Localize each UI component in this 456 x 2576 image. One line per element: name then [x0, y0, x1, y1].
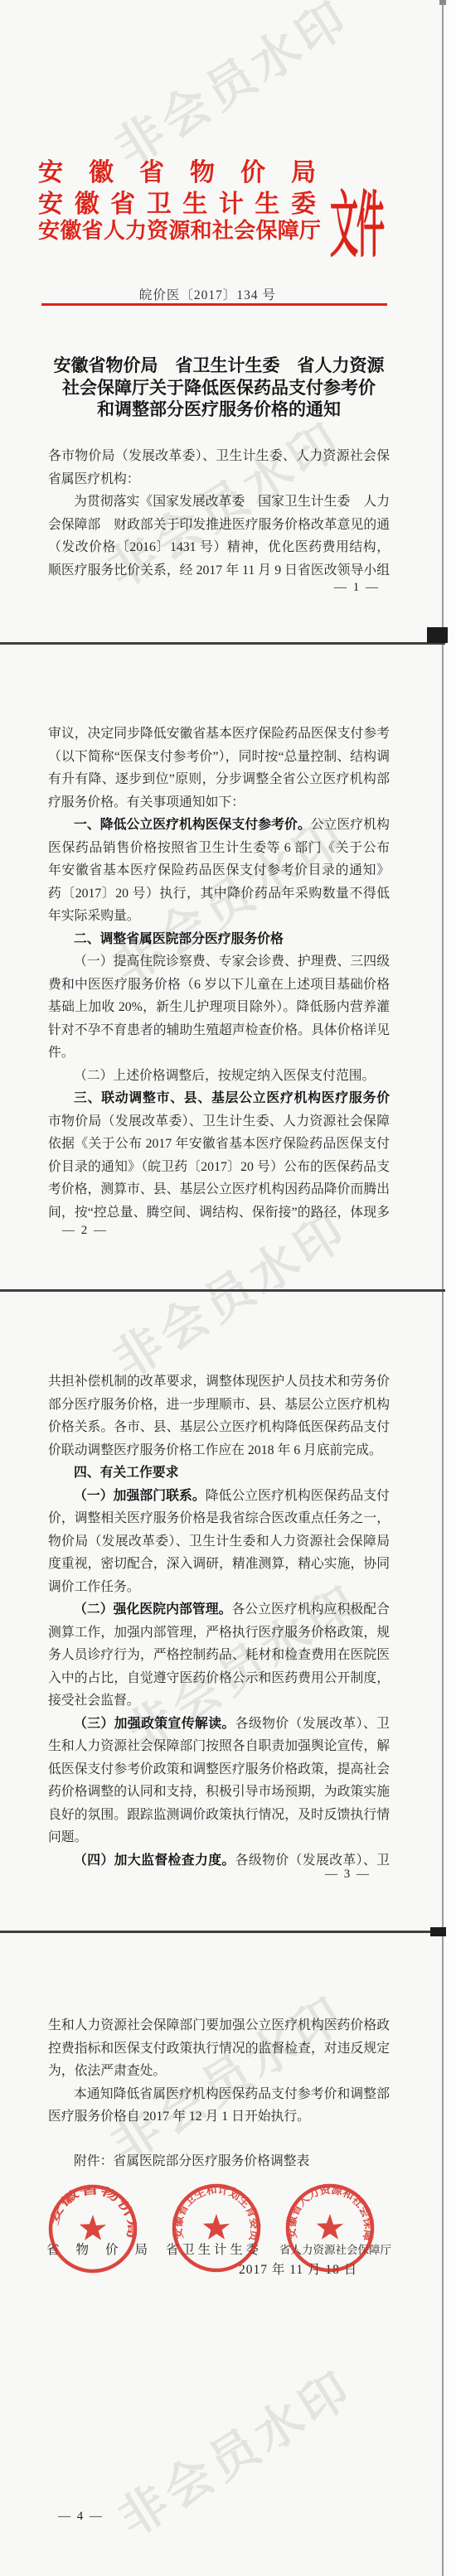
seal-graphic: 安徽省物价局	[46, 2182, 139, 2275]
body-line: 控费指标和医保支付政策执行情况的监督检查，对违反规定的行	[48, 2037, 390, 2061]
body-line: 针对不孕不育患者的辅助生殖超声检查价格。具体价格详见附	[48, 1019, 390, 1042]
body-line: 考价格，测算市、县、基层公立医疗机构因药品降价而腾出的空	[48, 1178, 390, 1201]
body-line: （三）加强政策宣传解读。各级物价（发展改革）、卫生计	[48, 1713, 390, 1736]
body-line: 疗服务价格。有关事项通知如下：	[48, 791, 390, 814]
body-line: 度重视，密切配合，深入调研，精准测算，精心实施，协同完成	[48, 1553, 390, 1576]
body-line: 调价工作任务。	[48, 1576, 390, 1599]
svg-text:安徽省卫生和计划生育委员会: 安徽省卫生和计划生育委员会	[170, 2182, 262, 2243]
body-line: 间，按“控总量、腾空间、调结构、保衔接”的路径，体现多方	[48, 1201, 390, 1225]
star-icon	[203, 2214, 230, 2240]
body-line: 价格关系。各市、县、基层公立医疗机构降低医保药品支付参考	[48, 1416, 390, 1439]
scanned-document: 非会员水印 非会员水印 非会员水印 非会员水印 非会员水印 非会员水印 非会员水…	[0, 0, 456, 2576]
body-line: 部分医疗服务价格，进一步理顺市、县、基层公立医疗机构梯度	[48, 1394, 390, 1417]
document-type-label: 文件	[330, 167, 383, 271]
scan-right-margin	[444, 0, 456, 2576]
page-number-2: — 2 —	[62, 1224, 108, 1238]
body-line: 费和中医医疗服务价格（6 岁以下儿童在上述项目基础价格调价	[48, 974, 390, 997]
star-icon	[317, 2214, 343, 2240]
body-line: 生和人力资源社会保障部门要加强公立医疗机构医药价格政策、	[48, 2014, 390, 2037]
body-line: 本通知降低省属医疗机构医保药品支付参考价和调整部分	[48, 2083, 390, 2106]
page-divider	[0, 1931, 445, 1933]
page-number-3: — 3 —	[325, 1868, 371, 1882]
body-line: 问题。	[48, 1826, 390, 1849]
body-line: 生和人力资源社会保障部门按照各自职责加强舆论宣传，解读降	[48, 1735, 390, 1758]
body-line: （二）上述价格调整后，按规定纳入医保支付范围。	[48, 1065, 390, 1088]
body-line: 共担补偿机制的改革要求，调整体现医护人员技术和劳务价值的	[48, 1370, 390, 1394]
page-right-edge	[442, 0, 444, 2576]
body-line: 年实际采购量。	[48, 905, 390, 928]
body-line: 市物价局（发展改革委）、卫生计生委、人力资源社会保障局应	[48, 1110, 390, 1133]
page-divider	[0, 642, 445, 645]
body-line: 依据《关于公布 2017 年安徽省基本医疗保险药品医保支付参考	[48, 1133, 390, 1156]
body-line: 务人员诊疗行为，严格控制药品、耗材和检查费用在医院医疗收	[48, 1644, 390, 1667]
body-line: （二）强化医院内部管理。各公立医疗机构应积极配合调价	[48, 1598, 390, 1621]
body-line: 入中的占比，自觉遵守医药价格公示和医药费用公开制度，主动	[48, 1667, 390, 1690]
body-line: 件。	[48, 1042, 390, 1065]
body-line: 年安徽省基本医疗保险药品医保支付参考价目录的通知》（皖卫	[48, 859, 390, 882]
official-seal-hr-social-security: 安徽省人力资源和社会保障厅	[284, 2182, 376, 2274]
attachment-note: 附件：省属医院部分医疗服务价格调整表	[74, 2150, 309, 2169]
body-line: （一）提高住院诊察费、专家会诊费、护理费、三四级手术	[48, 950, 390, 974]
seal-graphic: 安徽省卫生和计划生育委员会	[170, 2182, 263, 2274]
body-line: （以下简称“医保支付参考价”），同时按“总量控制、结构调整、	[48, 746, 390, 769]
page-2-body: 审议，决定同步降低安徽省基本医疗保险药品医保支付参考价（以下简称“医保支付参考价…	[48, 723, 390, 1224]
document-title: 安徽省物价局 省卫生计生委 省人力资源 社会保障厅关于降低医保药品支付参考价 和…	[48, 355, 390, 421]
body-line: 价，调整相关医疗服务价格是我省综合医改重点任务之一，各市	[48, 1507, 390, 1530]
official-seal-health-commission: 安徽省卫生和计划生育委员会	[170, 2182, 263, 2274]
body-line: 各市物价局（发展改革委）、卫生计生委、人力资源社会保障局，	[48, 445, 390, 468]
scan-artifact	[430, 1927, 446, 1936]
body-line: 为，依法严肃查处。	[48, 2060, 390, 2083]
body-line: 顺医疗服务比价关系，经 2017 年 11 月 9 日省医改领导小组会议	[48, 559, 390, 582]
official-seal-price-bureau: 安徽省物价局	[46, 2182, 139, 2275]
red-separator-rule	[41, 303, 387, 306]
document-number: 皖价医〔2017〕134 号	[48, 285, 367, 303]
header-agency-line-3: 安徽省人力资源和社会保障厅	[38, 214, 321, 244]
body-line: 有升有降、逐步到位”原则，分步调整全省公立医疗机构部分医	[48, 768, 390, 791]
seal-graphic: 安徽省人力资源和社会保障厅	[284, 2182, 376, 2274]
watermark-text: 非会员水印	[99, 2355, 374, 2554]
body-line: 接受社会监督。	[48, 1689, 390, 1713]
document-title-line: 安徽省物价局 省卫生计生委 省人力资源	[48, 355, 390, 377]
document-title-line: 社会保障厅关于降低医保药品支付参考价	[48, 377, 390, 399]
body-line: （发改价格〔2016〕1431 号）精神，优化医药费用结构，逐步理	[48, 536, 390, 559]
body-line: 价目录的通知》（皖卫药〔2017〕20 号）公布的医保药品支付参	[48, 1156, 390, 1179]
star-icon	[80, 2215, 106, 2240]
body-line: 物价局（发展改革委）、卫生计生委和人力资源社会保障局要高	[48, 1530, 390, 1554]
page-number-1: — 1 —	[334, 581, 380, 595]
body-line: 价联动调整医疗服务价格工作应在 2018 年 6 月底前完成。	[48, 1439, 390, 1462]
body-line: 会保障部 财政部关于印发推进医疗服务价格改革意见的通知》	[48, 514, 390, 537]
body-line: 药〔2017〕20 号）执行，其中降价药品年采购数量不得低于 2016	[48, 882, 390, 906]
page-3-body: 共担补偿机制的改革要求，调整体现医护人员技术和劳务价值的部分医疗服务价格，进一步…	[48, 1370, 390, 1872]
page-divider	[0, 1289, 445, 1292]
body-line: 三、联动调整市、县、基层公立医疗机构医疗服务价格。各	[48, 1087, 390, 1110]
body-line: 医保药品销售价格按照省卫生计生委等 6 部门《关于公布 2017	[48, 837, 390, 860]
body-line: 审议，决定同步降低安徽省基本医疗保险药品医保支付参考价	[48, 723, 390, 746]
body-line: 一、降低公立医疗机构医保支付参考价。公立医疗机构有关	[48, 814, 390, 837]
body-line: 二、调整省属医院部分医疗服务价格	[48, 928, 390, 951]
page-4-body: 生和人力资源社会保障部门要加强公立医疗机构医药价格政策、控费指标和医保支付政策执…	[48, 2014, 390, 2129]
page-number-4: — 4 —	[58, 2510, 104, 2524]
document-title-line: 和调整部分医疗服务价格的通知	[48, 399, 390, 421]
scan-artifact	[439, 0, 446, 5]
body-line: 省属医疗机构：	[48, 468, 390, 491]
scan-artifact	[427, 627, 448, 643]
body-line: 为贯彻落实《国家发展改革委 国家卫生计生委 人力资源社	[48, 491, 390, 514]
body-line: 医疗服务价格自 2017 年 12 月 1 日开始执行。	[48, 2105, 390, 2129]
page-1-body: 各市物价局（发展改革委）、卫生计生委、人力资源社会保障局，省属医疗机构：为贯彻落…	[48, 445, 390, 582]
body-line: 药价格调整的认同和支持，积极引导市场预期，为政策实施营造	[48, 1781, 390, 1804]
body-line: 四、有关工作要求	[48, 1462, 390, 1485]
body-line: （一）加强部门联系。降低公立医疗机构医保药品支付参考	[48, 1485, 390, 1508]
body-line: 测算工作，加强内部管理，严格执行医疗服务价格政策，规范医	[48, 1621, 390, 1645]
body-line: 基础上加收 20%，新生儿护理项目除外）。降低肠内营养灌注、	[48, 996, 390, 1019]
body-line: 良好的氛围。跟踪监测调价政策执行情况，及时反馈执行情况和	[48, 1804, 390, 1827]
body-line: 低医保支付参考价政策和调整医疗服务价格政策，提高社会对医	[48, 1758, 390, 1781]
watermark-text: 非会员水印	[95, 1196, 369, 1395]
